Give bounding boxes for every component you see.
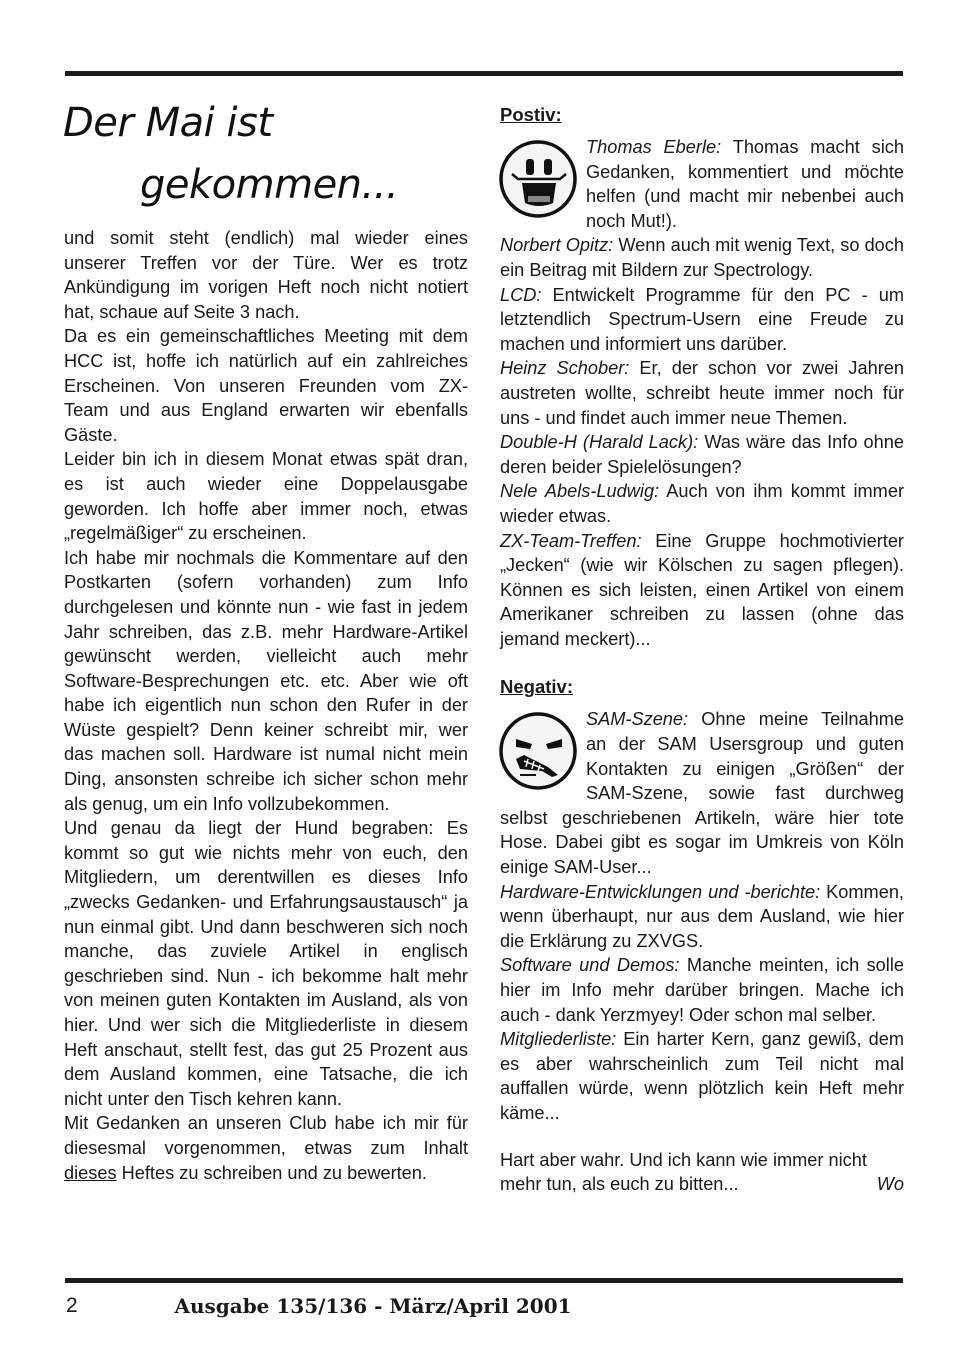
author-signature: Wo [877,1172,904,1197]
entry-name: SAM-Szene: [586,709,688,729]
closing-line-1: Hart aber wahr. Und ich kann wie immer n… [500,1148,904,1173]
text: Mit Gedanken an unseren Club habe ich mi… [64,1113,468,1158]
negative-entry: Mitgliederliste: Ein harter Kern, ganz g… [500,1027,904,1125]
entry-name: Mitgliederliste: [500,1029,616,1049]
entry-name: Hardware-Entwicklungen und -berichte: [500,882,820,902]
positive-entry: Double-H (Harald Lack): Was wäre das Inf… [500,430,904,479]
negative-entry: Hardware-Entwicklungen und -berichte: Ko… [500,880,904,954]
entry-text: Entwickelt Programme für den PC - um let… [500,285,904,354]
closing-line-2: mehr tun, als euch zu bitten... Wo [500,1172,904,1197]
paragraph-closing: Mit Gedanken an unseren Club habe ich mi… [64,1111,468,1185]
entry-name: Thomas Eberle: [586,137,721,157]
left-column: und somit steht (endlich) mal wieder ein… [64,226,468,1185]
paragraph: Da es ein gemeinschaftliches Meeting mit… [64,324,468,447]
section-heading-positive: Postiv: [500,103,904,127]
entry-name: Norbert Opitz: [500,235,613,255]
underlined-word: dieses [64,1163,117,1183]
text: Heftes zu schreiben und zu bewerten. [117,1163,427,1183]
paragraph: Und genau da liegt der Hund begraben: Es… [64,816,468,1111]
paragraph: Ich habe mir nochmals die Kommentare auf… [64,546,468,817]
positive-entry: Norbert Opitz: Wenn auch mit wenig Text,… [500,233,904,282]
article-title-line-1: Der Mai ist [63,100,273,146]
spacer [500,651,904,675]
section-heading-negative: Negativ: [500,675,904,699]
entry-name: Double-H (Harald Lack): [500,432,698,452]
happy-smiley-icon [496,137,582,221]
issue-footer: Ausgabe 135/136 - März/April 2001 [0,1294,970,1318]
paragraph: Leider bin ich in diesem Monat etwas spä… [64,447,468,545]
paragraph: und somit steht (endlich) mal wieder ein… [64,226,468,324]
right-column: Postiv: Thomas Eberle: Thomas macht sich… [500,103,904,1197]
article-title-line-2: gekommen... [140,162,398,208]
closing-text: mehr tun, als euch zu bitten... [500,1172,739,1197]
entry-name: ZX-Team-Treffen: [500,531,642,551]
issue-label: Ausgabe 135/136 - März/April 2001 [174,1294,571,1318]
positive-entry: ZX-Team-Treffen: Eine Gruppe hochmotivie… [500,529,904,652]
entry-name: Software und Demos: [500,955,679,975]
positive-entry: Nele Abels-Ludwig: Auch von ihm kommt im… [500,479,904,528]
spacer [500,1126,904,1148]
bottom-rule [65,1278,903,1283]
negative-entry: Software und Demos: Manche meinten, ich … [500,953,904,1027]
top-rule [65,71,903,76]
entry-name: Heinz Schober: [500,358,629,378]
positive-entry: LCD: Entwickelt Programme für den PC - u… [500,283,904,357]
entry-name: LCD: [500,285,541,305]
entry-name: Nele Abels-Ludwig: [500,481,659,501]
angry-smiley-icon [496,709,582,793]
positive-entry: Heinz Schober: Er, der schon vor zwei Ja… [500,356,904,430]
